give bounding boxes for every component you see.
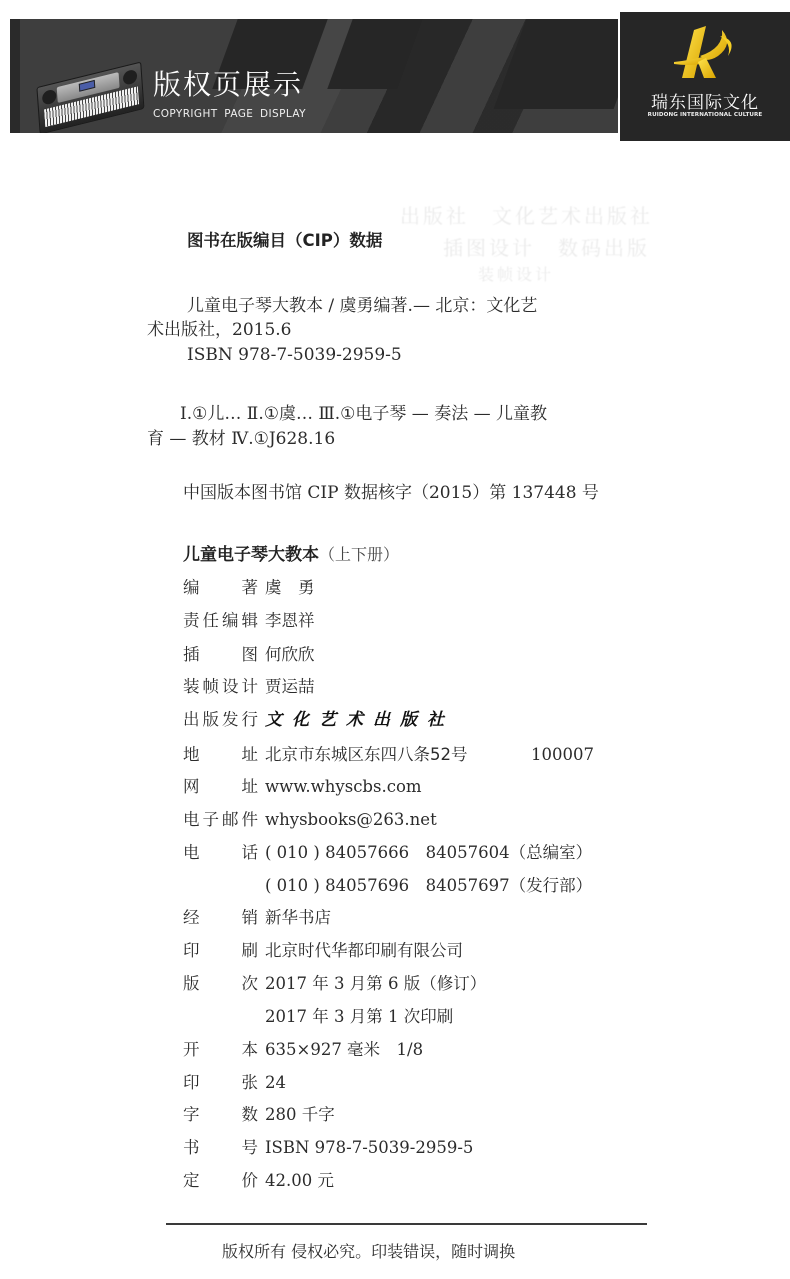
cip-heading: 图书在版编目（CIP）数据: [187, 231, 382, 251]
info-row-email: 电子邮件whysbooks@263.net: [183, 810, 437, 830]
info-label: 责任编辑: [183, 611, 258, 631]
info-value: 2017 年 3 月第 1 次印刷: [265, 1007, 453, 1027]
website-link[interactable]: www.whyscbs.com: [265, 777, 422, 797]
info-value: 2017 年 3 月第 6 版（修订）: [265, 974, 486, 994]
piano-key-shadow: [494, 19, 618, 109]
postal-code: 100007: [531, 745, 594, 765]
info-row-printer: 印刷北京时代华都印刷有限公司: [183, 941, 463, 961]
info-value: 北京市东城区东四八条52号: [265, 745, 468, 765]
info-value: 北京时代华都印刷有限公司: [265, 941, 463, 961]
info-label: 电子邮件: [183, 810, 258, 830]
info-label: 经销: [183, 908, 258, 928]
info-row-publisher: 出版发行文化艺术出版社: [183, 710, 454, 730]
cip-entry-line1: 儿童电子琴大教本 / 虞勇编著.— 北京：文化艺: [187, 296, 537, 316]
info-row-address: 地址北京市东城区东四八条52号100007: [183, 745, 468, 765]
info-row-editor: 责任编辑李恩祥: [183, 611, 315, 631]
info-row-word-count: 字数280 千字: [183, 1105, 335, 1125]
info-row-printing: 2017 年 3 月第 1 次印刷: [183, 1007, 453, 1027]
info-row-phone: 电话( 010 ) 84057666 84057604（总编室）: [183, 843, 592, 863]
cip-entry-line2: 术出版社，2015.6: [147, 320, 291, 340]
logo-k-monogram-icon: [672, 26, 742, 86]
divider-line: [166, 1223, 647, 1225]
info-label: 插图: [183, 645, 258, 665]
info-label: 电话: [183, 843, 258, 863]
info-label: 装帧设计: [183, 677, 258, 697]
info-value: 李恩祥: [265, 611, 315, 631]
book-title-note: （上下册）: [319, 545, 399, 564]
info-label: 书号: [183, 1138, 258, 1158]
banner-subtitle: COPYRIGHT PAGE DISPLAY: [153, 108, 306, 120]
publisher-calligraphy: 文化艺术出版社: [265, 710, 454, 730]
info-row-isbn: 书号ISBN 978-7-5039-2959-5: [183, 1138, 473, 1158]
email-link[interactable]: whysbooks@263.net: [265, 810, 437, 830]
book-title: 儿童电子琴大教本: [183, 545, 319, 565]
banner-title: 版权页展示: [153, 71, 303, 99]
info-label: 印张: [183, 1073, 258, 1093]
info-value: 635×927 毫米 1/8: [265, 1040, 423, 1060]
info-row-sheets: 印张24: [183, 1073, 286, 1093]
info-row-price: 定价42.00 元: [183, 1171, 334, 1191]
info-value: 贾运喆: [265, 677, 315, 697]
info-row-website: 网址www.whyscbs.com: [183, 777, 422, 797]
info-label: 印刷: [183, 941, 258, 961]
brand-logo: 瑞东国际文化 RUIDONG INTERNATIONAL CULTURE: [620, 12, 790, 141]
cip-isbn: ISBN 978-7-5039-2959-5: [187, 345, 402, 365]
info-label: 地址: [183, 745, 258, 765]
logo-name-en: RUIDONG INTERNATIONAL CULTURE: [620, 112, 790, 118]
info-label: 版次: [183, 974, 258, 994]
info-label: 出版发行: [183, 710, 258, 730]
info-row-design: 装帧设计贾运喆: [183, 677, 315, 697]
info-label: 开本: [183, 1040, 258, 1060]
header-banner: 版权页展示 COPYRIGHT PAGE DISPLAY: [10, 19, 618, 133]
bleed-through-text: 出版社 文化艺术出版社: [400, 200, 653, 229]
info-row-phone-2: ( 010 ) 84057696 84057697（发行部）: [183, 876, 592, 896]
info-value: ( 010 ) 84057666 84057604（总编室）: [265, 843, 592, 863]
bleed-through-text: 插图设计 数码出版: [420, 232, 650, 261]
info-value: 新华书店: [265, 908, 331, 928]
info-value: 何欣欣: [265, 645, 315, 665]
book-title-line: 儿童电子琴大教本（上下册）: [183, 545, 399, 565]
info-row-distributor: 经销新华书店: [183, 908, 331, 928]
info-value: ( 010 ) 84057696 84057697（发行部）: [265, 876, 592, 896]
info-row-edition: 版次2017 年 3 月第 6 版（修订）: [183, 974, 486, 994]
info-label: 定价: [183, 1171, 258, 1191]
cip-classification-line2: 育 — 教材 Ⅳ.①J628.16: [147, 429, 335, 449]
info-value: 42.00 元: [265, 1171, 334, 1191]
info-value: ISBN 978-7-5039-2959-5: [265, 1138, 473, 1158]
info-row-format: 开本635×927 毫米 1/8: [183, 1040, 423, 1060]
info-label: 编著: [183, 578, 258, 598]
info-value: 24: [265, 1073, 286, 1093]
keyboard-icon: [36, 61, 144, 133]
info-value: 280 千字: [265, 1105, 335, 1125]
cip-verification: 中国版本图书馆 CIP 数据核字（2015）第 137448 号: [183, 483, 599, 503]
info-row-illustration: 插图何欣欣: [183, 645, 315, 665]
logo-name-cn: 瑞东国际文化: [620, 88, 790, 113]
copyright-notice: 版权所有 侵权必究。印装错误，随时调换: [222, 1239, 515, 1262]
info-row-author: 编著虞 勇: [183, 578, 315, 598]
info-label: 字数: [183, 1105, 258, 1125]
info-label: 网址: [183, 777, 258, 797]
info-value: 虞 勇: [265, 578, 315, 598]
bleed-through-text: 装帧设计: [440, 262, 649, 285]
piano-key-shadow: [327, 19, 422, 89]
cip-classification-line1: Ⅰ.①儿… Ⅱ.①虞… Ⅲ.①电子琴 — 奏法 — 儿童教: [180, 404, 547, 424]
